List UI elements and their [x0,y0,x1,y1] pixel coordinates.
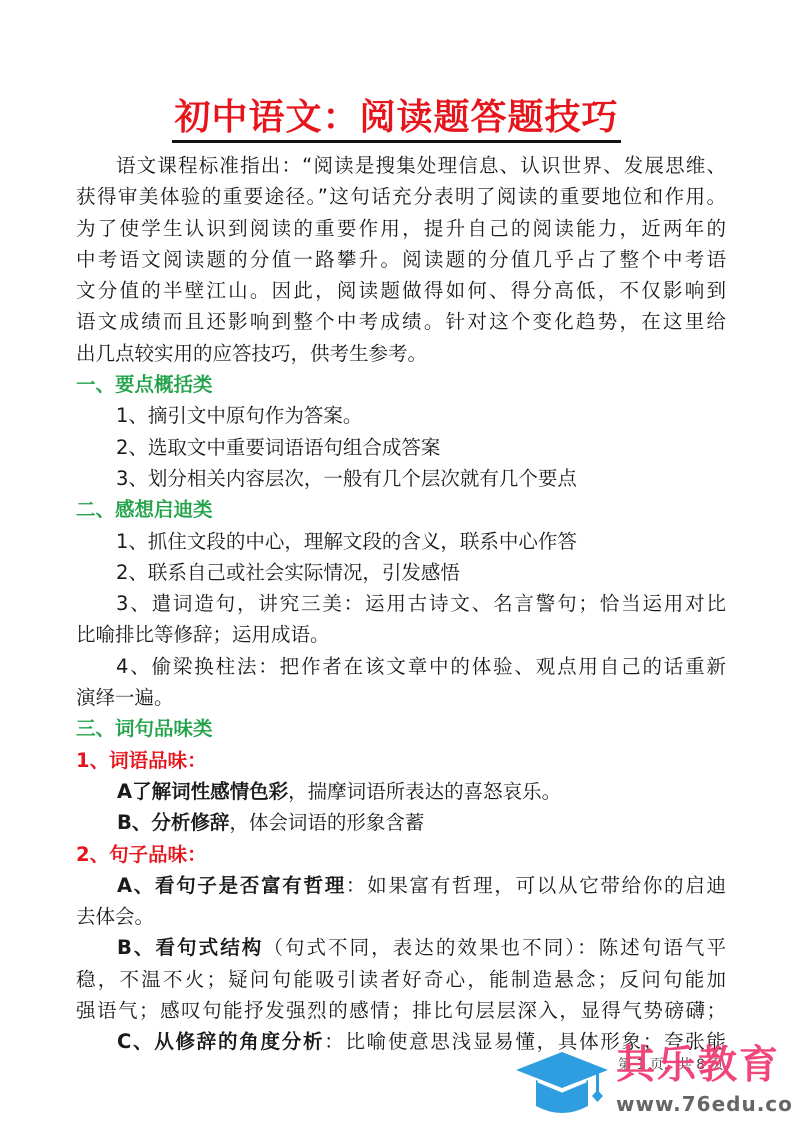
list-item: B、分析修辞，体会词语的形象含蓄 [76,807,726,838]
list-item: 1、摘引文中原句作为答案。 [76,400,726,431]
item-text: ，体会词语的形象含蓄 [229,811,424,834]
list-item: 3、遣词造句，讲究三美：运用古诗文、名言警句；恰当运用对比 [76,588,726,619]
list-item: B、看句式结构（句式不同，表达的效果也不同）：陈述句语气平 [76,932,726,963]
item-bold-lead: A了解词性感情色彩 [117,780,288,803]
watermark-logo: 其乐教育 www.76edu.com [512,1040,793,1122]
intro-line: 文分值的半壁江山。因此，阅读题做得如何、得分高低，不仅影响到 [76,275,726,306]
list-item: 2、选取文中重要词语语句组合成答案 [76,432,726,463]
subsection-heading: 2、句子品味： [76,839,726,870]
intro-line: 中考语文阅读题的分值一路攀升。阅读题的分值几乎占了整个中考语 [76,244,726,275]
document-page: 初中语文：阅读题答题技巧 语文课程标准指出：“阅读是搜集处理信息、认识世界、发展… [0,0,793,1122]
list-item: 2、联系自己或社会实际情况，引发感悟 [76,557,726,588]
list-item: 1、抓住文段的中心，理解文段的含义，联系中心作答 [76,526,726,557]
list-item-continuation: 比喻排比等修辞；运用成语。 [76,619,726,650]
list-item: A、看句子是否富有哲理：如果富有哲理，可以从它带给你的启迪 [76,870,726,901]
watermark-name: 其乐教育 [616,1044,780,1088]
item-bold-lead: C、从修辞的角度分析 [117,1030,324,1053]
list-item-continuation: 稳，不温不火；疑问句能吸引读者好奇心，能制造悬念；反问句能加 [76,964,726,995]
intro-line: 语文成绩而且还影响到整个中考成绩。针对这个变化趋势，在这里给 [76,306,726,337]
title-container: 初中语文：阅读题答题技巧 [0,96,793,143]
section-summary: 一、要点概括类 1、摘引文中原句作为答案。 2、选取文中重要词语语句组合成答案 … [76,369,726,494]
list-item: 4、偷梁换柱法：把作者在该文章中的体验、观点用自己的话重新 [76,651,726,682]
graduation-cap-icon [512,1048,616,1118]
intro-line: 获得审美体验的重要途径。”这句话充分表明了阅读的重要地位和作用。 [76,181,726,212]
list-item: 3、划分相关内容层次，一般有几个层次就有几个要点 [76,463,726,494]
document-body: 语文课程标准指出：“阅读是搜集处理信息、认识世界、发展思维、 获得审美体验的重要… [76,150,726,1058]
subsection-heading: 1、词语品味： [76,745,726,776]
page-title: 初中语文：阅读题答题技巧 [172,96,620,143]
item-bold-lead: A、看句子是否富有哲理 [117,874,346,897]
item-text: （句式不同，表达的效果也不同）：陈述句语气平 [263,936,726,959]
item-text: ：如果富有哲理，可以从它带给你的启迪 [346,874,726,897]
section-wording: 三、词句品味类 1、词语品味： A了解词性感情色彩，揣摩词语所表达的喜怒哀乐。 … [76,713,726,1057]
item-bold-lead: B、看句式结构 [117,936,263,959]
section-heading: 三、词句品味类 [76,713,726,744]
intro-line: 出几点较实用的应答技巧，供考生参考。 [76,338,726,369]
intro-line: 语文课程标准指出：“阅读是搜集处理信息、认识世界、发展思维、 [76,150,726,181]
item-text: ，揣摩词语所表达的喜怒哀乐。 [288,780,561,803]
list-item-continuation: 演绎一遍。 [76,682,726,713]
item-bold-lead: B、分析修辞 [117,811,229,834]
list-item: A了解词性感情色彩，揣摩词语所表达的喜怒哀乐。 [76,776,726,807]
section-heading: 二、感想启迪类 [76,494,726,525]
watermark-url: www.76edu.com [616,1092,793,1116]
section-heading: 一、要点概括类 [76,369,726,400]
intro-line: 为了使学生认识到阅读的重要作用，提升自己的阅读能力，近两年的 [76,213,726,244]
intro-paragraph: 语文课程标准指出：“阅读是搜集处理信息、认识世界、发展思维、 获得审美体验的重要… [76,150,726,369]
list-item-continuation: 强语气；感叹句能抒发强烈的感情；排比句层层深入，显得气势磅礴； [76,995,726,1026]
list-item-continuation: 去体会。 [76,901,726,932]
section-reflection: 二、感想启迪类 1、抓住文段的中心，理解文段的含义，联系中心作答 2、联系自己或… [76,494,726,713]
